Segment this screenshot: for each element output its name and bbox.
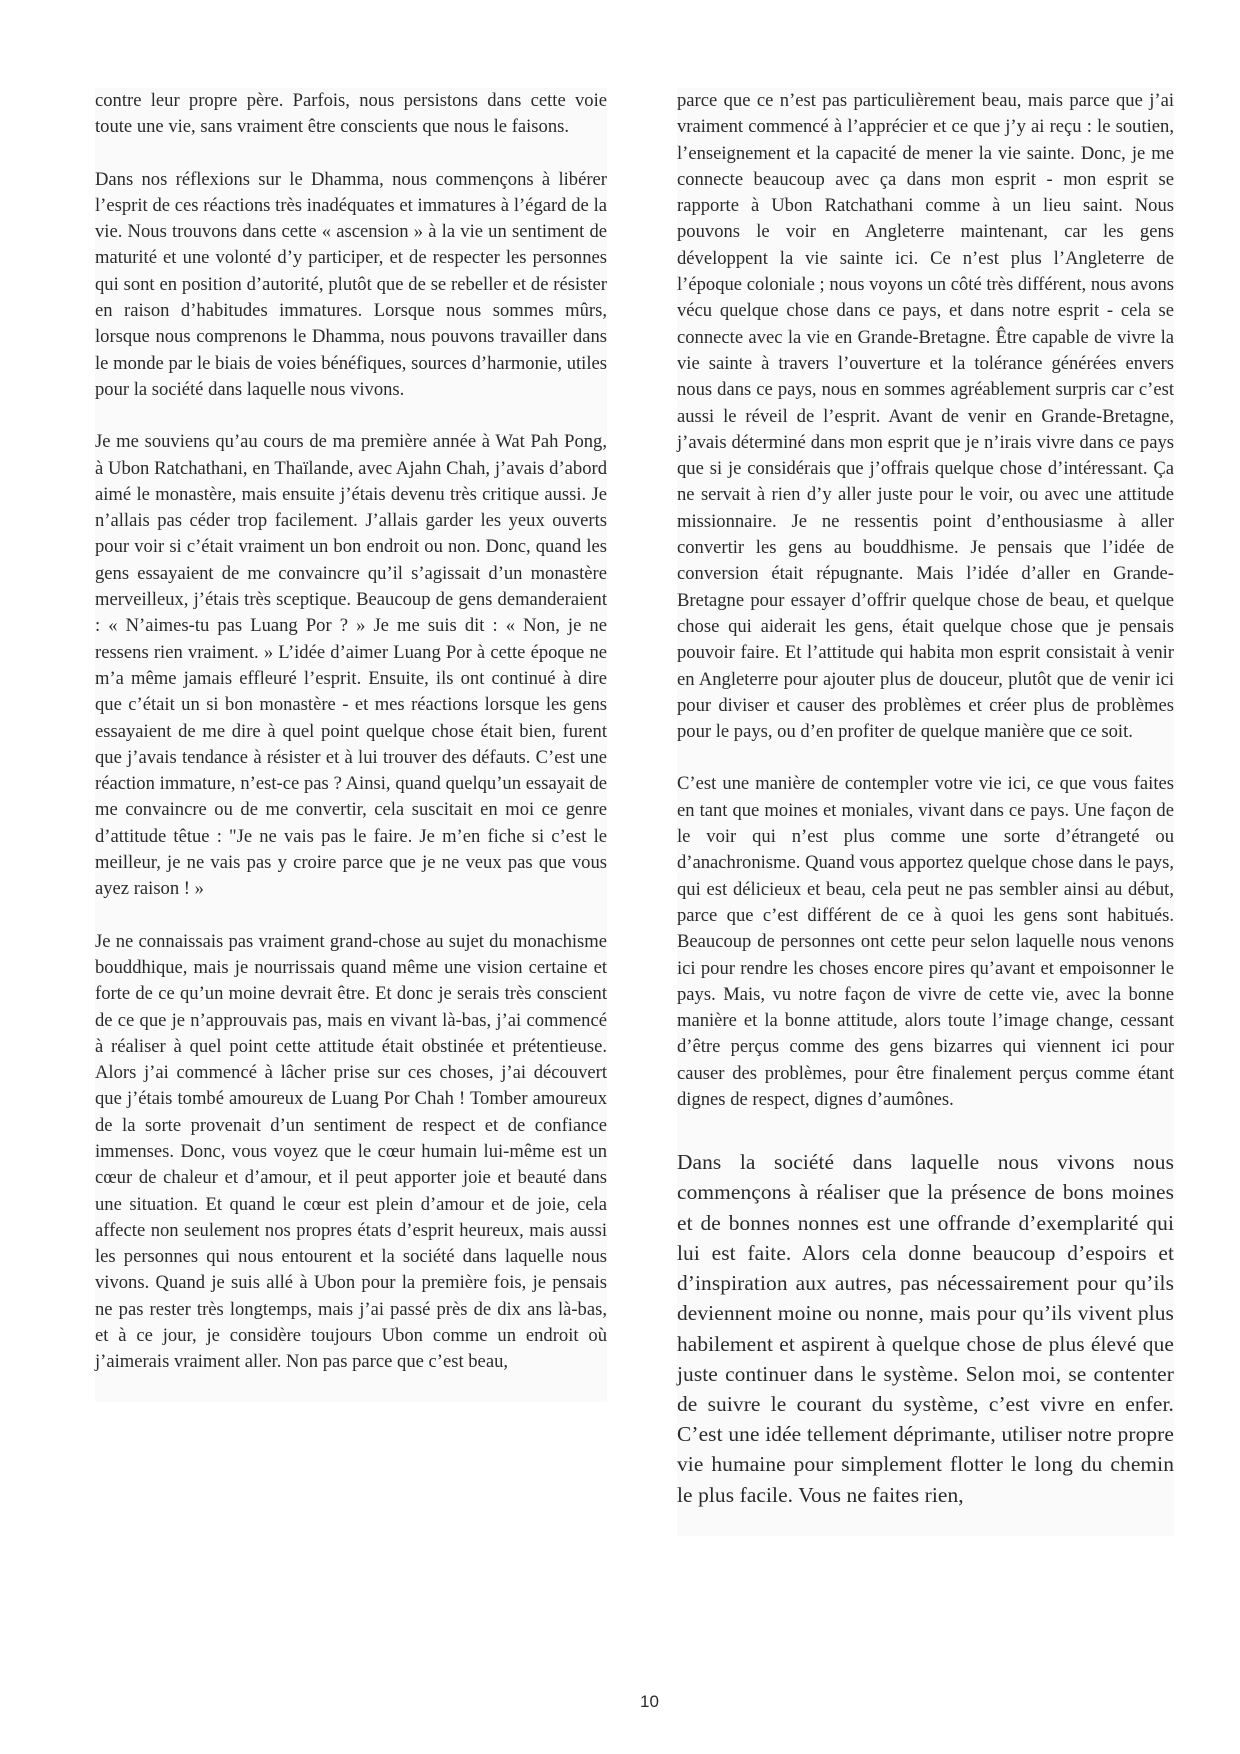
- paragraph: Je ne connaissais pas vraiment grand-cho…: [95, 929, 607, 1376]
- page-number: 10: [640, 1692, 659, 1712]
- paragraph: C’est une manière de contempler votre vi…: [677, 771, 1174, 1113]
- paragraph: parce que ce n’est pas particulièrement …: [677, 88, 1174, 745]
- document-page: contre leur propre père. Parfois, nous p…: [0, 0, 1240, 1754]
- paragraph: Dans nos réflexions sur le Dhamma, nous …: [95, 167, 607, 404]
- paragraph: contre leur propre père. Parfois, nous p…: [95, 88, 607, 141]
- paragraph-large: Dans la société dans laquelle nous vivon…: [677, 1147, 1174, 1509]
- paragraph: Je me souviens qu’au cours de ma premièr…: [95, 429, 607, 902]
- left-column: contre leur propre père. Parfois, nous p…: [95, 88, 607, 1402]
- right-column: parce que ce n’est pas particulièrement …: [677, 88, 1174, 1536]
